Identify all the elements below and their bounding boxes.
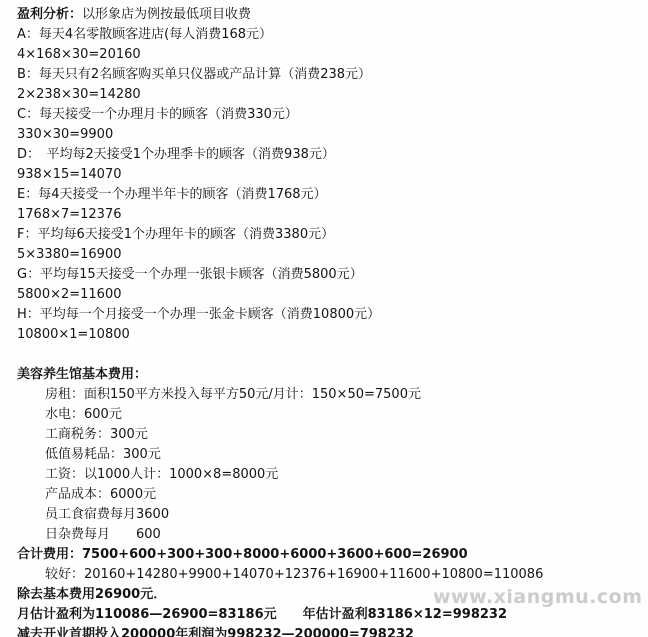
document-line-text: 较好：20160+14280+9900+14070+12376+16900+11… <box>45 567 543 582</box>
document-line: 1768×7=12376 <box>17 205 640 225</box>
document-line-bold-text: 合计费用：7500+600+300+300+8000+6000+3600+600… <box>17 547 468 562</box>
document-line-text: 水电：600元 <box>45 407 122 422</box>
document-line: A：每天4名零散顾客进店(每人消费168元） <box>17 25 640 45</box>
document-line: E：每4天接受一个办理半年卡的顾客（消费1768元） <box>17 185 640 205</box>
document-line: 房租：面积150平方米投入每平方50元/月计：150×50=7500元 <box>45 385 640 405</box>
document-line: 工商税务：300元 <box>45 425 640 445</box>
document-line: 产品成本：6000元 <box>45 485 640 505</box>
document-line-text: G：平均每15天接受一个办理一张银卡顾客（消费5800元） <box>17 267 363 282</box>
document-line: 5×3380=16900 <box>17 245 640 265</box>
document-line-bold-text: 减去开业首期投入200000年利润为998232—200000=798232 <box>17 627 414 637</box>
document-line: 10800×1=10800 <box>17 325 640 345</box>
document-line: C：每天接受一个办理月卡的顾客（消费330元） <box>17 105 640 125</box>
document-line-text: C：每天接受一个办理月卡的顾客（消费330元） <box>17 107 298 122</box>
document-line: 938×15=14070 <box>17 165 640 185</box>
document-line-text: 10800×1=10800 <box>17 327 130 342</box>
document-line-bold-text: 月估计盈利为110086—26900=83186元 年估计盈利83186×12=… <box>17 607 507 622</box>
document-line-bold-text: 美容养生馆基本费用： <box>17 367 147 382</box>
document-line-bold-text: 除去基本费用26900元． <box>17 587 166 602</box>
document-line-text: 日杂费每月 600 <box>45 527 161 542</box>
document-line: 美容养生馆基本费用： <box>17 365 640 385</box>
watermark: www.xiangmu.com <box>433 586 643 608</box>
document-line-text: B：每天只有2名顾客购买单只仪器或产品计算（消费238元） <box>17 67 371 82</box>
document-line: 工资：以1000人计：1000×8=8000元 <box>45 465 640 485</box>
document-line: 减去开业首期投入200000年利润为998232—200000=798232 <box>17 625 640 637</box>
document-line: 员工食宿费每月3600 <box>45 505 640 525</box>
document-line: 4×168×30=20160 <box>17 45 640 65</box>
document-line: 日杂费每月 600 <box>45 525 640 545</box>
document-line-text: A：每天4名零散顾客进店(每人消费168元） <box>17 27 272 42</box>
document-line-text: 2×238×30=14280 <box>17 87 141 102</box>
document-line-text: 工商税务：300元 <box>45 427 148 442</box>
document-line-text: 工资：以1000人计：1000×8=8000元 <box>45 467 278 482</box>
document-line-text: E：每4天接受一个办理半年卡的顾客（消费1768元） <box>17 187 327 202</box>
document-line-text: 5800×2=11600 <box>17 287 122 302</box>
document-line-text: 1768×7=12376 <box>17 207 122 222</box>
document-line: D： 平均每2天接受1个办理季卡的顾客（消费938元） <box>17 145 640 165</box>
document-line: B：每天只有2名顾客购买单只仪器或产品计算（消费238元） <box>17 65 640 85</box>
document-line: 330×30=9900 <box>17 125 640 145</box>
document-line: 月估计盈利为110086—26900=83186元 年估计盈利83186×12=… <box>17 605 640 625</box>
document-line-text: 以形象店为例按最低项目收费 <box>82 7 251 22</box>
document-line: 5800×2=11600 <box>17 285 640 305</box>
document-line-text: 4×168×30=20160 <box>17 47 141 62</box>
document-line-text: 330×30=9900 <box>17 127 113 142</box>
document-line: 水电：600元 <box>45 405 640 425</box>
document-line-bold-text: 盈利分析： <box>17 7 82 22</box>
document-line: G：平均每15天接受一个办理一张银卡顾客（消费5800元） <box>17 265 640 285</box>
document-line-text: D： 平均每2天接受1个办理季卡的顾客（消费938元） <box>17 147 335 162</box>
document-line-text: 5×3380=16900 <box>17 247 122 262</box>
document-line: 盈利分析：以形象店为例按最低项目收费 <box>17 5 640 25</box>
document-line-text: 产品成本：6000元 <box>45 487 156 502</box>
document-line: 低值易耗品：300元 <box>45 445 640 465</box>
document-line: 较好：20160+14280+9900+14070+12376+16900+11… <box>45 565 640 585</box>
document-line: F：平均每6天接受1个办理年卡的顾客（消费3380元） <box>17 225 640 245</box>
document-line-text: H：平均每一个月接受一个办理一张金卡顾客（消费10800元） <box>17 307 380 322</box>
document-line: H：平均每一个月接受一个办理一张金卡顾客（消费10800元） <box>17 305 640 325</box>
document-line <box>17 345 640 365</box>
document-line-text: 员工食宿费每月3600 <box>45 507 169 522</box>
profit-analysis-document: 盈利分析：以形象店为例按最低项目收费A：每天4名零散顾客进店(每人消费168元）… <box>0 0 648 637</box>
page: { "page": { "background_color": "#fefefe… <box>0 0 648 637</box>
document-line-text: 低值易耗品：300元 <box>45 447 161 462</box>
document-line-text: F：平均每6天接受1个办理年卡的顾客（消费3380元） <box>17 227 334 242</box>
document-line: 2×238×30=14280 <box>17 85 640 105</box>
document-line-text: 房租：面积150平方米投入每平方50元/月计：150×50=7500元 <box>45 387 421 402</box>
document-line-text: 938×15=14070 <box>17 167 122 182</box>
document-line: 合计费用：7500+600+300+300+8000+6000+3600+600… <box>17 545 640 565</box>
